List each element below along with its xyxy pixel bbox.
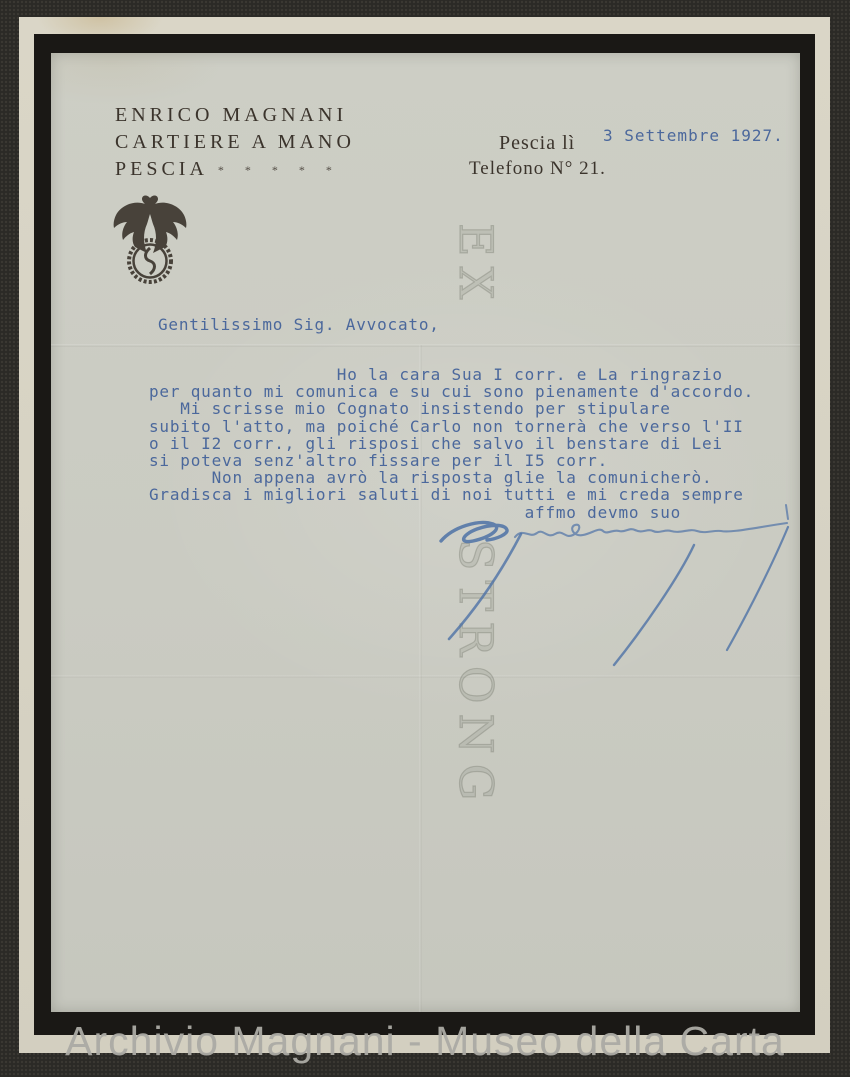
- archive-caption: Archivio Magnani - Museo della Carta: [0, 1019, 850, 1064]
- body-line: Non appena avrò la risposta glie la comu…: [149, 469, 754, 486]
- letterhead-business: CARTIERE A MANO: [115, 129, 355, 156]
- phone-number: Telefono N° 21.: [469, 158, 606, 180]
- eagle-medallion-icon: [109, 193, 191, 287]
- body-line: subito l'atto, ma poiché Carlo non torne…: [149, 418, 754, 435]
- letterhead: ENRICO MAGNANI CARTIERE A MANO PESCIA* *…: [115, 102, 355, 184]
- dateline-place-label: Pescia lì: [499, 132, 575, 155]
- salutation: Gentilissimo Sig. Avvocato,: [158, 315, 440, 334]
- body-line: Mi scrisse mio Cognato insistendo per st…: [149, 400, 754, 417]
- scanned-letter-photo: EX STRONG ENRICO MAGNANI CARTIERE A MANO…: [0, 0, 850, 1077]
- letterhead-ornaments: * * * * *: [218, 163, 341, 177]
- letter-paper: EX STRONG ENRICO MAGNANI CARTIERE A MANO…: [51, 53, 800, 1012]
- signature-autograph: [431, 493, 811, 713]
- paper-watermark-word: EX: [449, 223, 503, 309]
- letterhead-name: ENRICO MAGNANI: [115, 102, 355, 129]
- fold-crease-horizontal: [51, 344, 800, 347]
- letterhead-city: PESCIA: [115, 158, 208, 180]
- body-line: per quanto mi comunica e su cui sono pie…: [149, 383, 754, 400]
- body-line: si poteva senz'altro fissare per il I5 c…: [149, 452, 754, 469]
- body-line: o il I2 corr., gli risposi che salvo il …: [149, 435, 754, 452]
- typed-date: 3 Settembre 1927.: [603, 126, 784, 145]
- body-line: Ho la cara Sua I corr. e La ringrazio: [149, 366, 754, 383]
